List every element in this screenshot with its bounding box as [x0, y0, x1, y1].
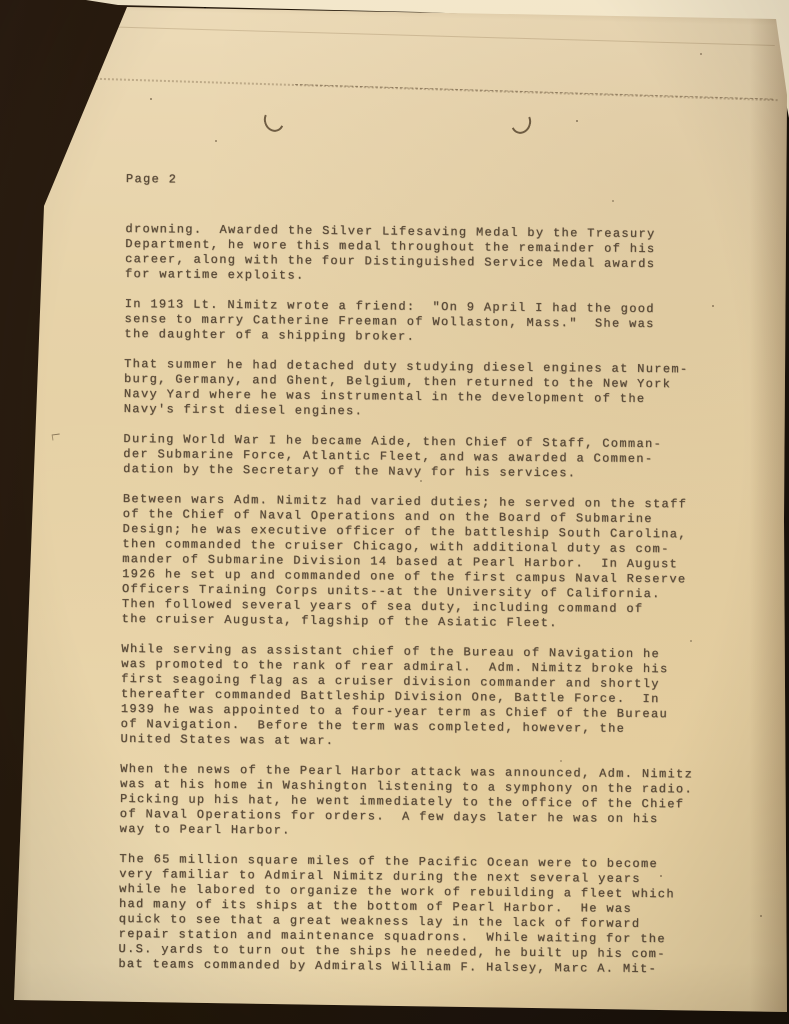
- paragraph-1913-marriage: In 1913 Lt. Nimitz wrote a friend: "On 9…: [124, 297, 724, 348]
- paragraph-diesel-engines: That summer he had detached duty studyin…: [124, 357, 725, 423]
- close-curve-pen-mark-icon: [508, 108, 534, 136]
- carbon-smudge-line: [295, 84, 773, 100]
- paragraph-rear-admiral: While serving as assistant chief of the …: [120, 642, 721, 753]
- carbon-smudge-line: [72, 77, 778, 101]
- paragraph-pearl-harbor-news: When the news of the Pearl Harbor attack…: [120, 762, 721, 843]
- paragraph-pacific-rebuilding: The 65 million square miles of the Pacif…: [118, 852, 719, 978]
- open-curve-pen-mark-icon: [261, 106, 287, 134]
- page-number-label: Page 2: [126, 172, 726, 193]
- paper-crease: [95, 26, 775, 46]
- typewritten-text: Page 2 drowning. Awarded the Silver Life…: [118, 172, 726, 993]
- photo-scene: Page 2 drowning. Awarded the Silver Life…: [0, 0, 789, 1024]
- margin-tick-icon: [52, 433, 61, 440]
- document-page: Page 2 drowning. Awarded the Silver Life…: [0, 0, 789, 1024]
- paper-specks: [150, 98, 152, 100]
- paragraph-between-wars: Between wars Adm. Nimitz had varied duti…: [122, 492, 723, 633]
- paragraph-drowning-medal: drowning. Awarded the Silver Lifesaving …: [125, 222, 726, 288]
- paragraph-world-war-one: During World War I he became Aide, then …: [123, 432, 723, 483]
